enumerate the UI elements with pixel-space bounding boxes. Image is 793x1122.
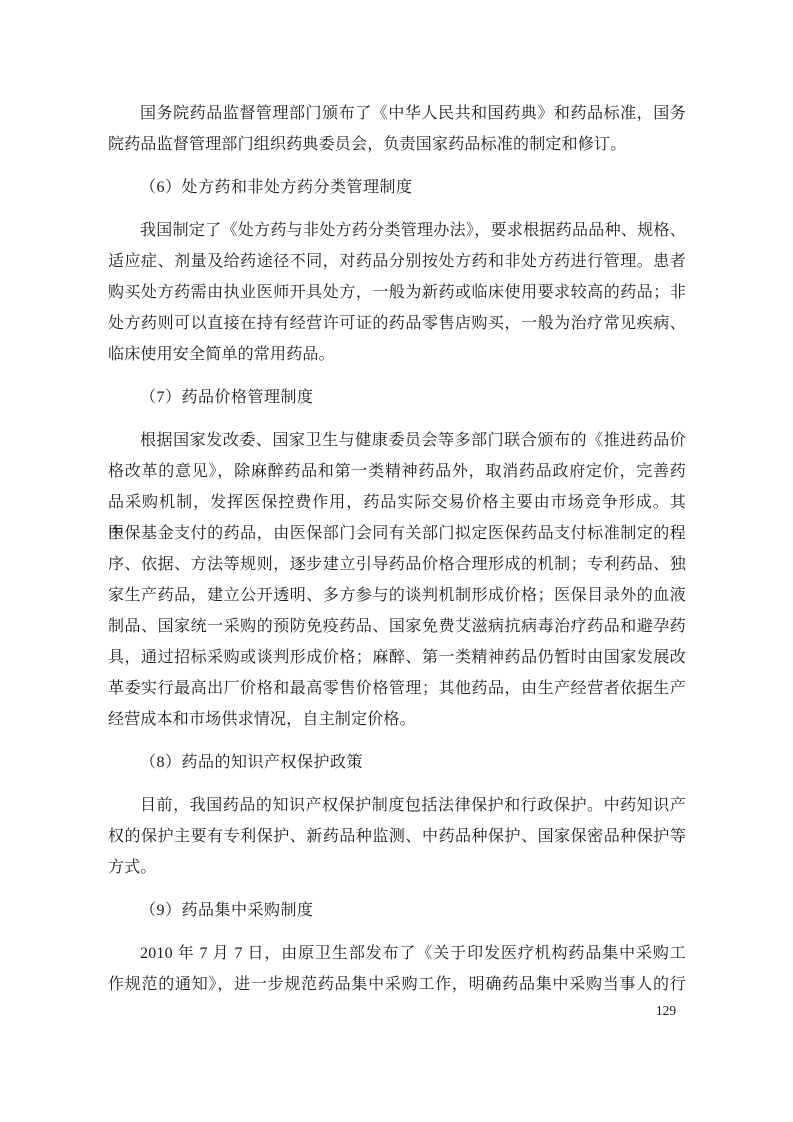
paragraph-line: 我国制定了《处方药与非处方药分类管理办法》，要求根据药品品种、规格、 <box>108 215 686 246</box>
section-heading-6: （6）处方药和非处方药分类管理制度 <box>108 172 686 203</box>
paragraph-line: 家生产药品，建立公开透明、多方参与的谈判机制形成价格；医保目录外的血液 <box>108 580 686 611</box>
paragraph: 根据国家发改委、国家卫生与健康委员会等多部门联合颁布的《推进药品价 格改革的意见… <box>108 425 686 735</box>
paragraph-line: 临床使用安全简单的常用药品。 <box>108 339 686 370</box>
paragraph-line: 2010 年 7 月 7 日，由原卫生部发布了《关于印发医疗机构药品集中采购工 <box>108 938 686 969</box>
paragraph-line: 革委实行最高出厂价格和最高零售价格管理；其他药品，由生产经营者依据生产 <box>108 673 686 704</box>
paragraph-line: 权的保护主要有专利保护、新药品种监测、中药品种保护、国家保密品种保护等 <box>108 821 686 852</box>
paragraph: 2010 年 7 月 7 日，由原卫生部发布了《关于印发医疗机构药品集中采购工 … <box>108 938 686 1000</box>
paragraph-line: 品采购机制，发挥医保控费作用，药品实际交易价格主要由市场竞争形成。其中： <box>108 487 686 518</box>
paragraph-line: 国务院药品监督管理部门颁布了《中华人民共和国药典》和药品标准，国务 <box>108 98 686 129</box>
paragraph-line: 医保基金支付的药品，由医保部门会同有关部门拟定医保药品支付标准制定的程 <box>108 518 686 549</box>
paragraph-line: 根据国家发改委、国家卫生与健康委员会等多部门联合颁布的《推进药品价 <box>108 425 686 456</box>
paragraph-line: 院药品监督管理部门组织药典委员会，负责国家药品标准的制定和修订。 <box>108 129 686 160</box>
paragraph-line: 制品、国家统一采购的预防免疫药品、国家免费艾滋病抗病毒治疗药品和避孕药 <box>108 611 686 642</box>
page-number: 129 <box>644 1002 688 1020</box>
document-page: 国务院药品监督管理部门颁布了《中华人民共和国药典》和药品标准，国务 院药品监督管… <box>0 0 793 1122</box>
paragraph-line: 购买处方药需由执业医师开具处方，一般为新药或临床使用要求较高的药品；非 <box>108 277 686 308</box>
paragraph-line: 适应症、剂量及给药途径不同，对药品分别按处方药和非处方药进行管理。患者 <box>108 246 686 277</box>
paragraph-line: 目前，我国药品的知识产权保护制度包括法律保护和行政保护。中药知识产 <box>108 790 686 821</box>
section-heading-9: （9）药品集中采购制度 <box>108 895 686 926</box>
paragraph-line: 序、依据、方法等规则，逐步建立引导药品价格合理形成的机制；专利药品、独 <box>108 549 686 580</box>
document-body: 国务院药品监督管理部门颁布了《中华人民共和国药典》和药品标准，国务 院药品监督管… <box>108 98 686 1000</box>
section-heading-7: （7）药品价格管理制度 <box>108 382 686 413</box>
paragraph-line: 具，通过招标采购或谈判形成价格；麻醉、第一类精神药品仍暂时由国家发展改 <box>108 642 686 673</box>
paragraph-line: 方式。 <box>108 852 686 883</box>
paragraph: 目前，我国药品的知识产权保护制度包括法律保护和行政保护。中药知识产 权的保护主要… <box>108 790 686 883</box>
section-heading-8: （8）药品的知识产权保护政策 <box>108 747 686 778</box>
paragraph-line: 处方药则可以直接在持有经营许可证的药品零售店购买，一般为治疗常见疾病、 <box>108 308 686 339</box>
paragraph: 国务院药品监督管理部门颁布了《中华人民共和国药典》和药品标准，国务 院药品监督管… <box>108 98 686 160</box>
paragraph-line: 格改革的意见》，除麻醉药品和第一类精神药品外，取消药品政府定价，完善药 <box>108 456 686 487</box>
paragraph: 我国制定了《处方药与非处方药分类管理办法》，要求根据药品品种、规格、 适应症、剂… <box>108 215 686 370</box>
paragraph-line: 作规范的通知》，进一步规范药品集中采购工作，明确药品集中采购当事人的行 <box>108 969 686 1000</box>
paragraph-line: 经营成本和市场供求情况，自主制定价格。 <box>108 704 686 735</box>
